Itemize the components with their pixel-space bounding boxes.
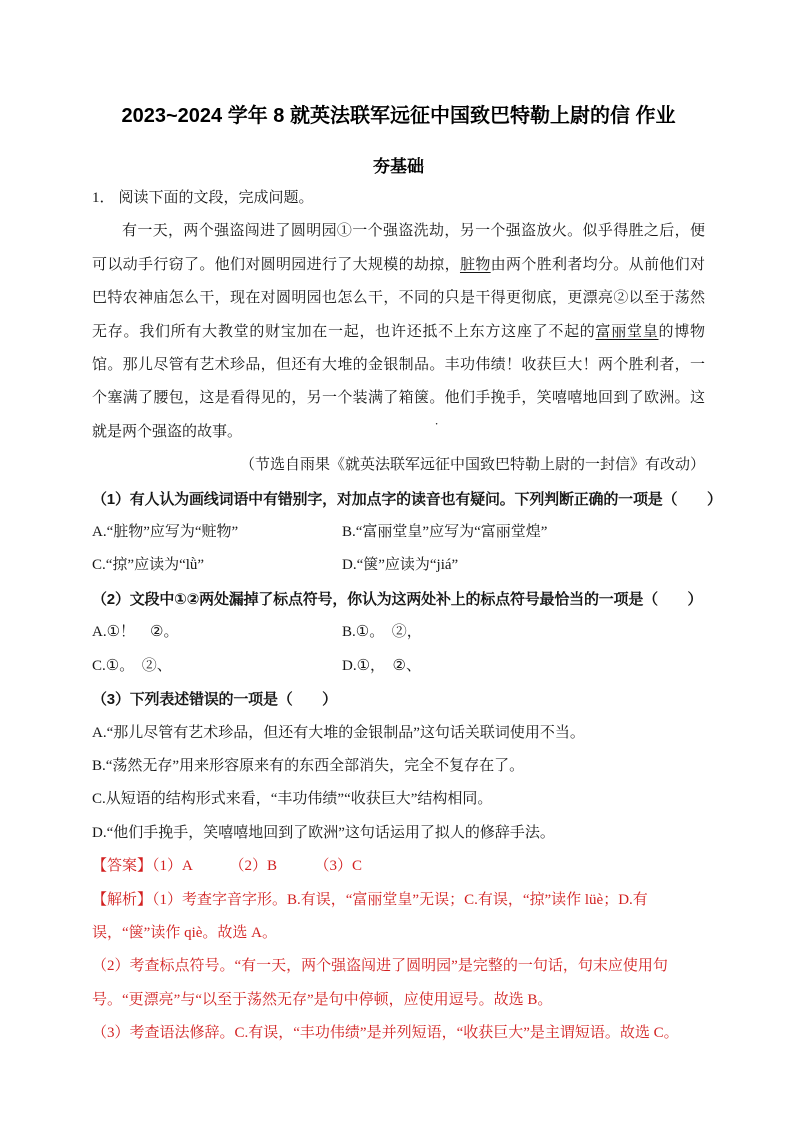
- passage-attribution: （节选自雨果《就英法联军远征中国致巴特勒上尉的一封信》有改动）: [92, 449, 705, 482]
- dotted-char-lve: 掠: [429, 257, 444, 273]
- dotted-char-qie: 箧: [414, 390, 429, 406]
- option-2-a: A.①！ ②。: [92, 616, 342, 649]
- question-1-intro-text: 阅读下面的文段，完成问题。: [119, 190, 314, 206]
- subquestion-3-options: A.“那儿尽管有艺术珍品，但还有大堆的金银制品”这句话关联词使用不当。 B.“荡…: [92, 717, 705, 851]
- subquestion-1-options-row-2: C.“掠”应读为“lǜ” D.“箧”应读为“jiá”: [92, 549, 705, 582]
- option-1-c: C.“掠”应读为“lǜ”: [92, 549, 342, 582]
- option-2-d: D.①， ②、: [342, 650, 705, 683]
- subquestion-2-options-row-2: C.①。 ②、 D.①， ②、: [92, 650, 705, 683]
- subquestion-1-options-row-1: A.“脏物”应写为“赃物” B.“富丽堂皇”应写为“富丽堂煌”: [92, 516, 705, 549]
- option-3-c: C.从短语的结构形式来看，“丰功伟绩”“收获巨大”结构相同。: [92, 783, 705, 816]
- analysis-paragraph-1: 【解析】（1）考查字音字形。B.有误，“富丽堂皇”无误；C.有误，“掠”读作 l…: [92, 884, 705, 951]
- passage-text: ，: [445, 257, 460, 273]
- option-2-b: B.①。 ②，: [342, 616, 705, 649]
- option-3-a: A.“那儿尽管有艺术珍品，但还有大堆的金银制品”这句话关联词使用不当。: [92, 717, 705, 750]
- question-1-intro-line: 1．阅读下面的文段，完成问题。: [92, 182, 705, 215]
- underlined-word-zangwu: 脏物: [460, 257, 491, 273]
- option-1-a: A.“脏物”应写为“赃物”: [92, 516, 342, 549]
- subquestion-3-stem: （3）下列表述错误的一项是（ ）: [92, 683, 705, 716]
- section-heading: 夯基础: [92, 156, 705, 178]
- reading-passage: 有一天，两个强盗闯进了圆明园①一个强盗洗劫，另一个强盗放火。似乎得胜之后，便可以…: [92, 215, 705, 449]
- option-3-d: D.“他们手挽手，笑嘻嘻地回到了欧洲”这句话运用了拟人的修辞手法。: [92, 817, 705, 850]
- worksheet-page: 2023~2024 学年 8 就英法联军远征中国致巴特勒上尉的信 作业 夯基础 …: [0, 0, 793, 1122]
- option-1-b: B.“富丽堂皇”应写为“富丽堂煌”: [342, 516, 705, 549]
- worksheet-body: 1．阅读下面的文段，完成问题。 有一天，两个强盗闯进了圆明园①一个强盗洗劫，另一…: [92, 182, 705, 1051]
- subquestion-2-stem: （2）文段中①②两处漏掉了标点符号，你认为这两处补上的标点符号最恰当的一项是（ …: [92, 583, 705, 616]
- document-title: 2023~2024 学年 8 就英法联军远征中国致巴特勒上尉的信 作业: [92, 103, 705, 129]
- subquestion-1-stem: （1）有人认为画线词语中有错别字，对加点字的读音也有疑问。下列判断正确的一项是（…: [92, 483, 705, 516]
- analysis-paragraph-2: （2）考查标点符号。“有一天，两个强盗闯进了圆明园”是完整的一句话，句末应使用句…: [92, 950, 705, 1017]
- option-3-b: B.“荡然无存”用来形容原来有的东西全部消失，完全不复存在了。: [92, 750, 705, 783]
- subquestion-2-options-row-1: A.①！ ②。 B.①。 ②，: [92, 616, 705, 649]
- option-2-c: C.①。 ②、: [92, 650, 342, 683]
- underlined-word-fulitanghuang: 富丽堂皇: [596, 324, 659, 340]
- analysis-paragraph-3: （3）考查语法修辞。C.有误，“丰功伟绩”是并列短语，“收获巨大”是主谓短语。故…: [92, 1017, 705, 1050]
- option-1-d: D.“箧”应读为“jiá”: [342, 549, 705, 582]
- question-1-number: 1．: [92, 190, 115, 206]
- answer-line: 【答案】（1）A （2）B （3）C: [92, 850, 705, 883]
